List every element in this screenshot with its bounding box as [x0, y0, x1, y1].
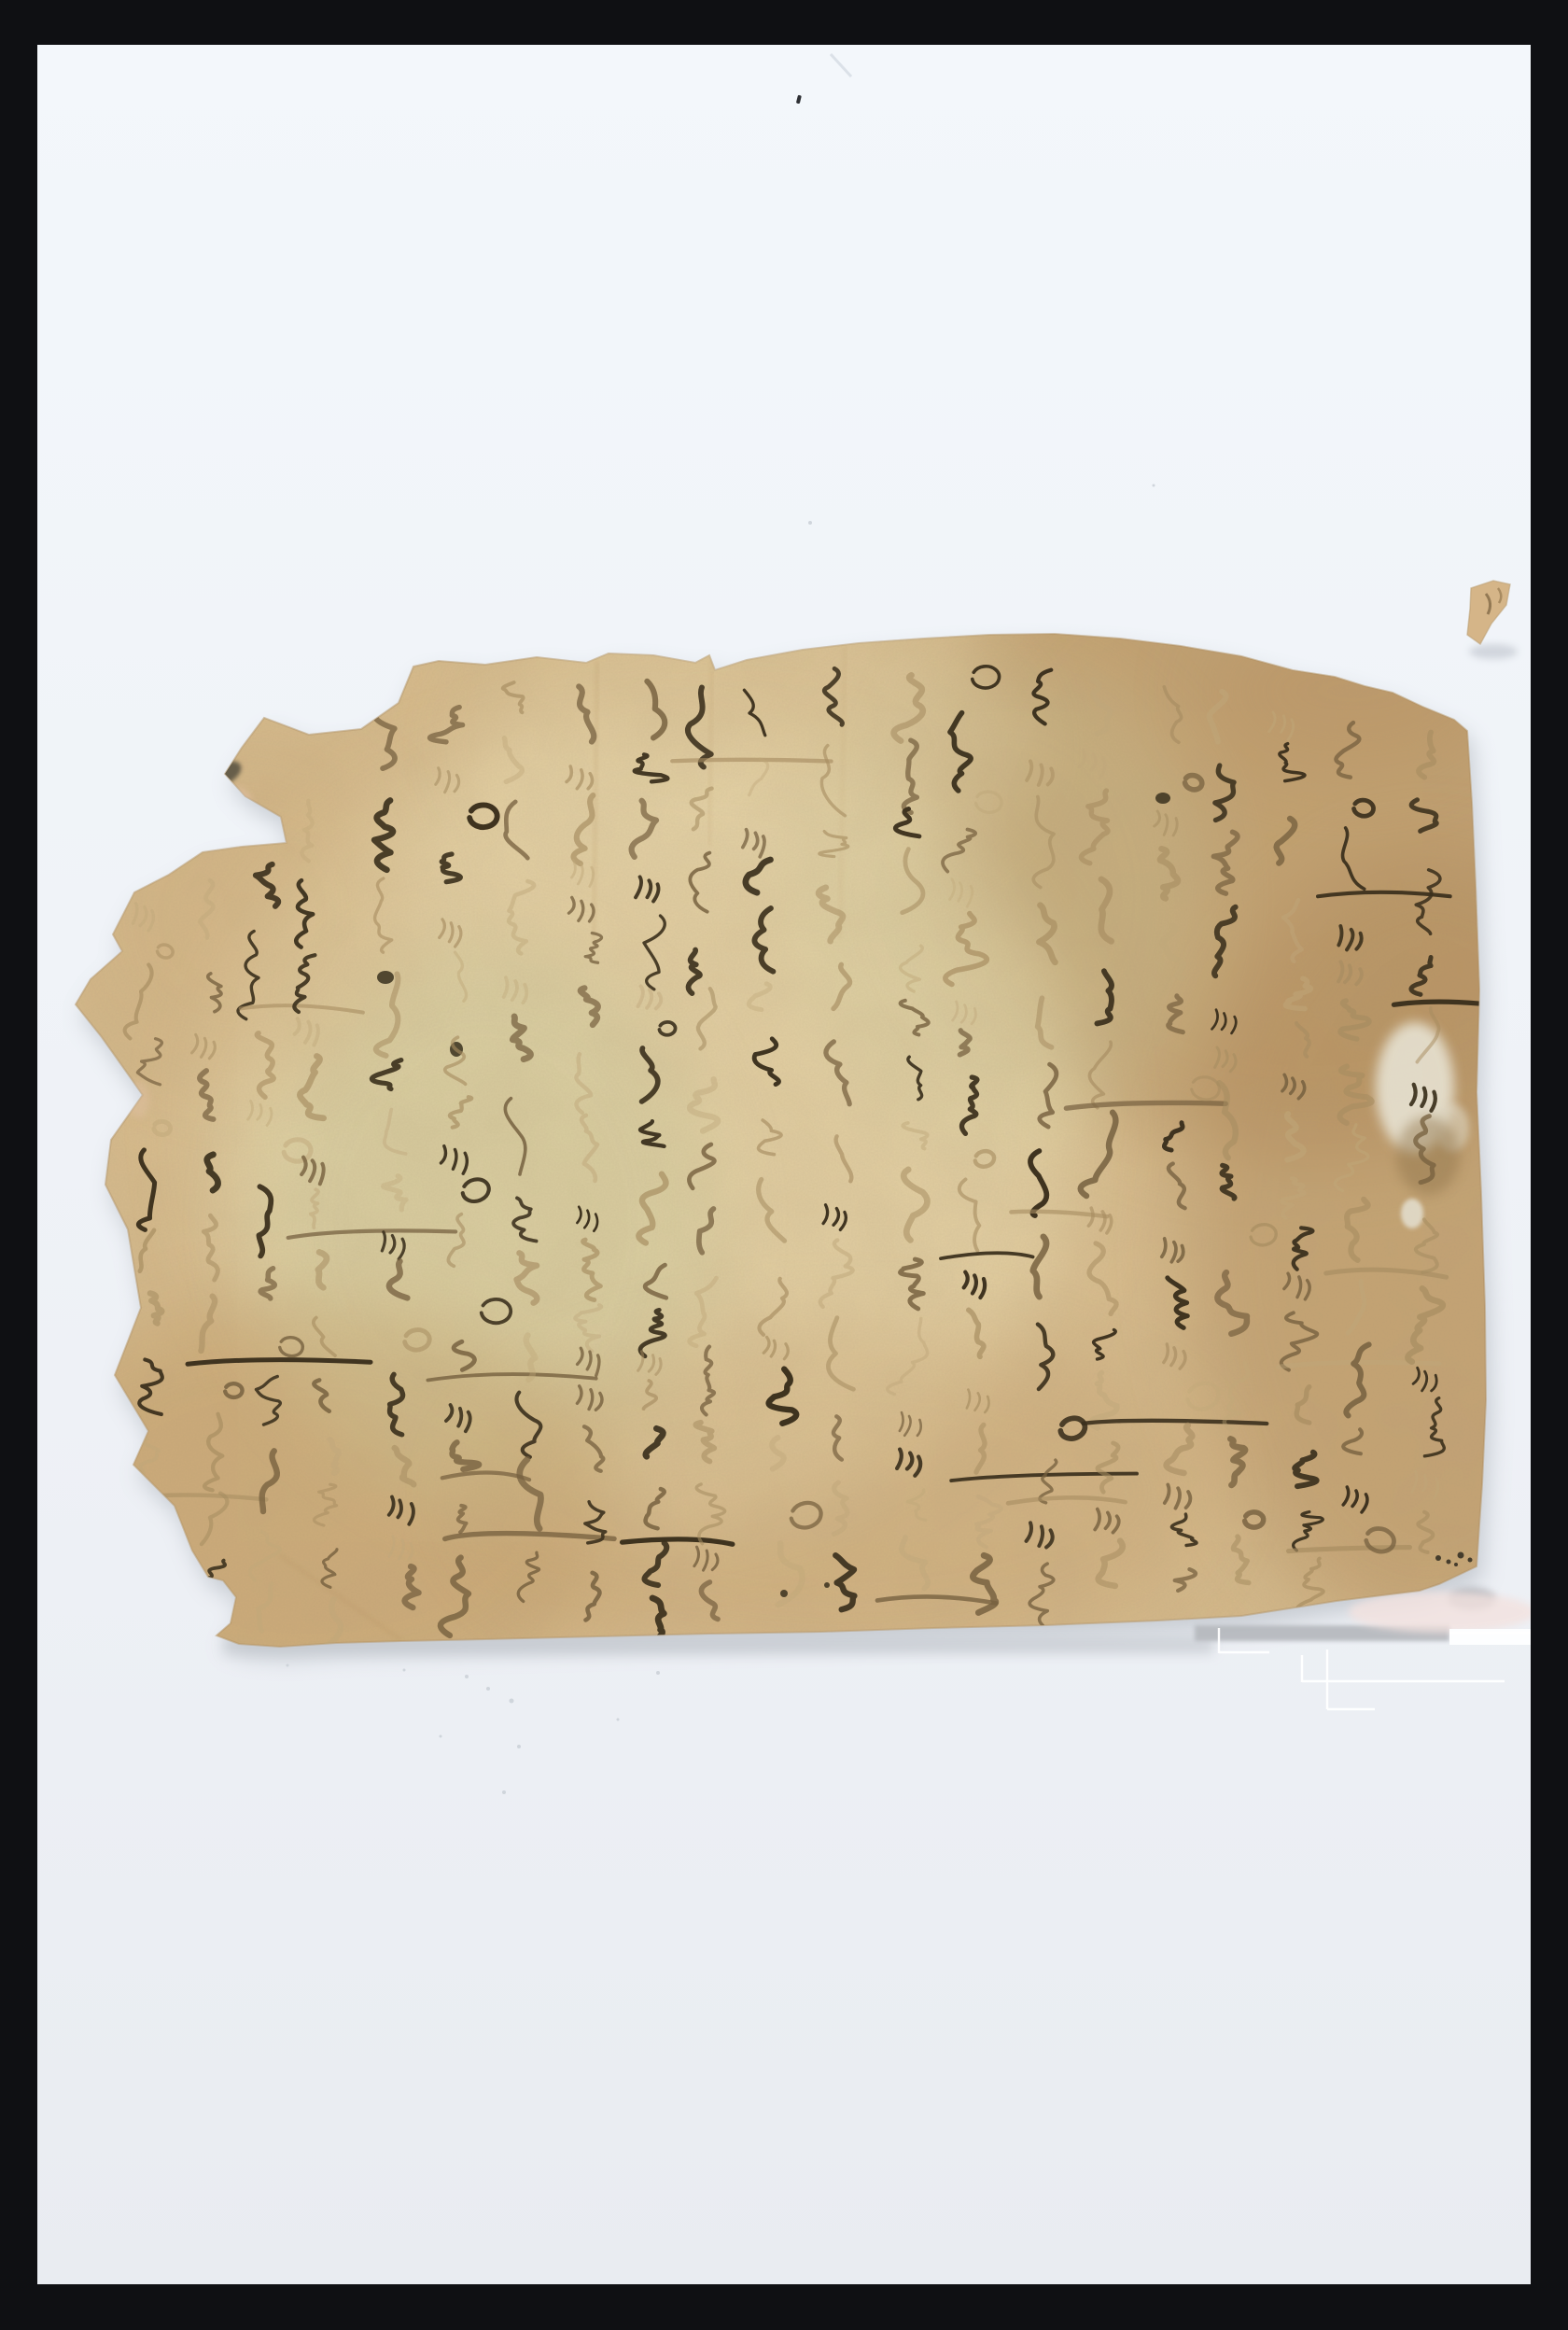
fragment-shadow — [1469, 644, 1518, 659]
ink-blot — [780, 1590, 788, 1597]
backdrop-dust-speck — [403, 1669, 406, 1672]
frame-right — [1531, 0, 1568, 2330]
ink-blot — [1155, 793, 1170, 804]
backdrop-dust-speck — [808, 521, 812, 525]
backdrop-dust-speck — [287, 1664, 289, 1667]
backdrop-dust-speck — [510, 1699, 514, 1704]
backdrop-dust-speck — [465, 1675, 469, 1678]
damage-patch-brown — [1396, 1116, 1460, 1195]
corner-ink-specks — [1447, 1560, 1451, 1565]
ink-blot — [377, 971, 394, 984]
corner-ink-specks — [1468, 1558, 1473, 1563]
archival-photo — [0, 0, 1568, 2330]
corner-ink-specks — [1458, 1552, 1464, 1559]
paper-grain — [56, 607, 1512, 1699]
backdrop-dust-speck — [1153, 484, 1155, 487]
artifact-bright-rect — [1449, 1629, 1531, 1645]
scan-canvas — [0, 0, 1568, 2330]
frame-bottom — [0, 2284, 1568, 2330]
backdrop-dust-speck — [502, 1790, 506, 1794]
corner-ink-specks — [1454, 1563, 1458, 1566]
backdrop-dust-speck — [517, 1745, 521, 1748]
damage-dot — [1401, 1199, 1423, 1228]
frame-top — [0, 0, 1568, 45]
backdrop-dust-speck — [656, 1671, 660, 1675]
backdrop-dust-speck — [486, 1687, 490, 1691]
backdrop-dust-speck — [440, 1735, 442, 1738]
backdrop-dust-speck — [617, 1719, 620, 1721]
frame-left — [0, 0, 37, 2330]
corner-ink-specks — [1435, 1555, 1441, 1561]
ink-blot — [824, 1582, 830, 1588]
